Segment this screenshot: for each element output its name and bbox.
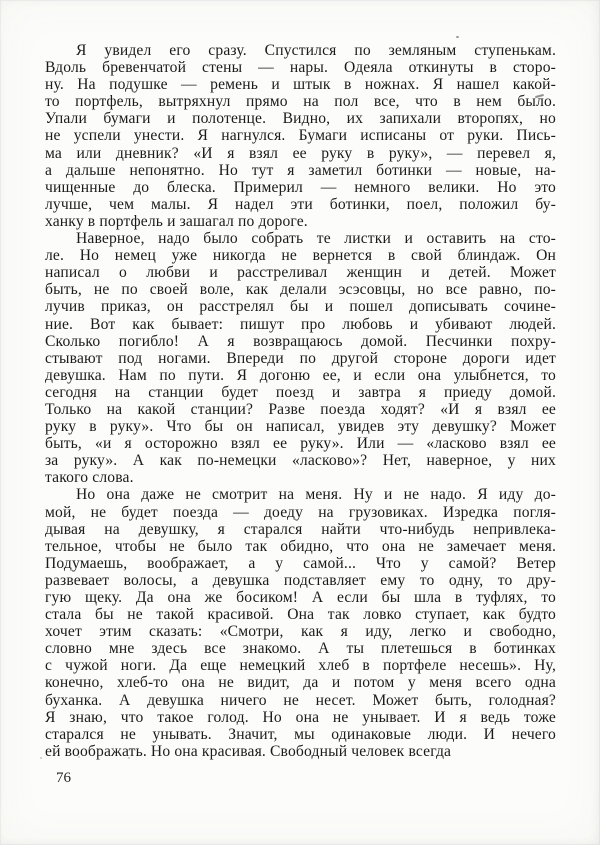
text-line: Упали бумаги и полотенце. Видно, их запи… [45,110,556,127]
text-line: такого слова. [45,469,556,486]
text-line: стывают под ногами. Впереди по другой ст… [45,350,556,367]
text-line: сегодня на станции будет поезд и завтра … [45,384,556,401]
text-line: конечно, хлеб-то она не видит, да и пото… [45,674,556,691]
page-number: 76 [56,770,71,787]
text-line: чищенные до блеска. Примерил — немного в… [45,179,556,196]
text-line: девушка. Нам по пути. Я догоню ее, и есл… [45,367,556,384]
text-line: Я знаю, что такое голод. Но она не уныва… [45,709,556,726]
text-line: мой, не будет поезда — доеду на грузовик… [45,504,556,521]
page-text: Я увидел его сразу. Спустился по земляны… [45,42,556,760]
text-line: Наверное, надо было собрать те листки и … [45,230,556,247]
text-line: то портфель, вытряхнул прямо на пол все,… [45,93,556,110]
text-line: ма или дневник? «И я взял ее руку в руку… [45,145,556,162]
text-line: Только на какой станции? Разве поезда хо… [45,401,556,418]
text-line: Подумаешь, воображает, а у самой... Что … [45,555,556,572]
text-line: хочет этим сказать: «Смотри, как я иду, … [45,623,556,640]
text-line: быть, не по своей воле, как делали эсэсо… [45,281,556,298]
text-line: ханку в портфель и зашагал по дороге. [45,213,556,230]
text-line: тельное, чтобы не было так обидно, что о… [45,538,556,555]
book-page: Я увидел его сразу. Спустился по земляны… [0,0,600,845]
text-line: написал о любви и расстреливал женщин и … [45,264,556,281]
text-line: Вдоль бревенчатой стены — нары. Одеяла о… [45,59,556,76]
text-line: за руку». А как по-немецки «ласково»? Не… [45,452,556,469]
text-line: Но она даже не смотрит на меня. Ну и не … [45,486,556,503]
text-line: не успели унести. Я нагнулся. Бумаги исп… [45,127,556,144]
text-line: старался не унывать. Значит, мы одинаков… [45,726,556,743]
text-line: ну. На подушке — ремень и штык в ножнах.… [45,76,556,93]
text-line: быть, «и я осторожно взял ее руку». Или … [45,435,556,452]
text-line: лучше, чем малы. Я надел эти ботинки, по… [45,196,556,213]
scan-speck [40,757,42,759]
scan-speck [78,756,80,758]
scan-speck [128,757,130,759]
text-line: словно мне здесь все знакомо. А ты плете… [45,640,556,657]
text-line: гую щеку. Да она же босиком! А если бы ш… [45,589,556,606]
text-line: а дальше непонятно. Но тут я заметил бот… [45,162,556,179]
text-line: лучив приказ, он расстрелял бы и пошел д… [45,298,556,315]
text-line: развевает волосы, а девушка подставляет … [45,572,556,589]
text-line: дывая на девушку, я старался найти что-н… [45,521,556,538]
scan-speck [456,36,459,38]
text-line: с чужой ноги. Да еще немецкий хлеб в пор… [45,657,556,674]
text-line: ние. Вот как бывает: пишут про любовь и … [45,316,556,333]
text-line: Сколько погибло! А я возвращаюсь домой. … [45,333,556,350]
text-line: буханка. А девушка ничего не несет. Може… [45,692,556,709]
text-line: стала бы не такой красивой. Она так ловк… [45,606,556,623]
text-line: Я увидел его сразу. Спустился по земляны… [45,42,556,59]
text-line: ей воображать. Но она красивая. Свободны… [45,743,556,760]
text-line: руку в руку». Что бы он написал, увидев … [45,418,556,435]
text-line: ле. Но немец уже никогда не вернется в с… [45,247,556,264]
